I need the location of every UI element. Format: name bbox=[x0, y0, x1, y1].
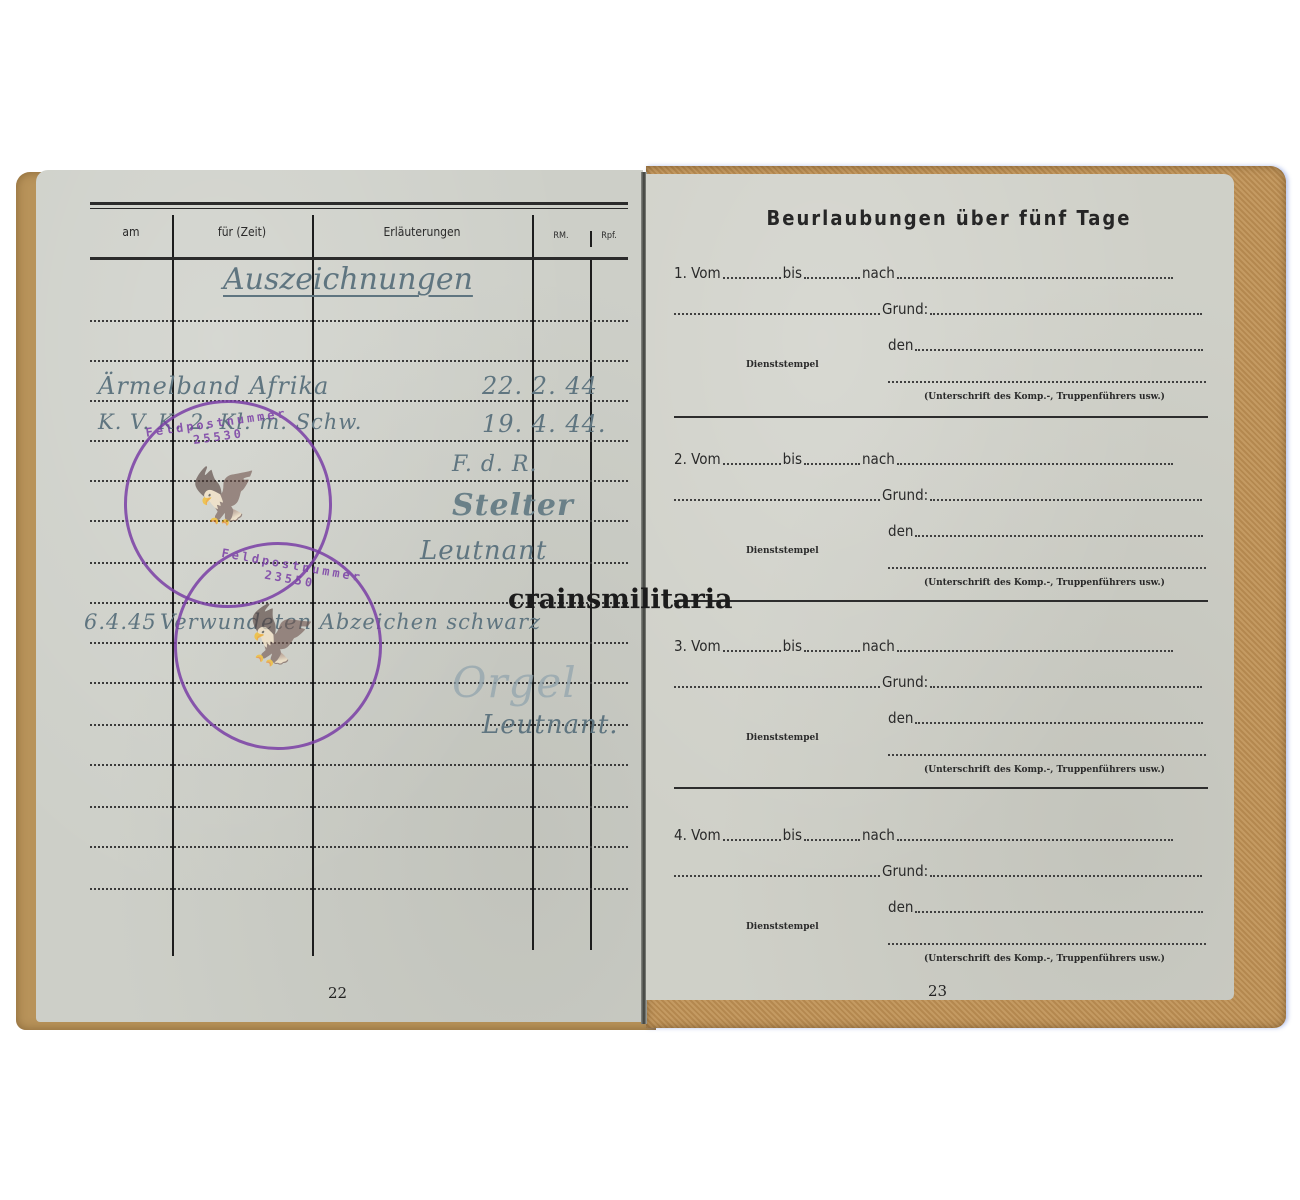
reason-field[interactable] bbox=[930, 497, 1202, 501]
to-date-field[interactable] bbox=[804, 275, 860, 279]
page-number-right: 23 bbox=[928, 982, 947, 1000]
destination-field[interactable] bbox=[897, 837, 1173, 841]
date-field[interactable] bbox=[915, 720, 1203, 724]
signature-caption: (Unterschrift des Komp.-, Truppenführers… bbox=[924, 578, 1165, 588]
handwritten-signature: Orgel bbox=[452, 658, 577, 707]
extra-field[interactable] bbox=[674, 311, 880, 315]
ledger-row-line bbox=[90, 846, 628, 848]
from-date-field[interactable] bbox=[723, 461, 781, 465]
stamp-caption: Dienststempel bbox=[746, 733, 819, 743]
to-date-field[interactable] bbox=[804, 837, 860, 841]
ledger-row-line bbox=[90, 360, 628, 362]
handwritten-heading: Auszeichnungen bbox=[223, 262, 473, 297]
signature-field[interactable] bbox=[888, 941, 1206, 945]
signature-caption: (Unterschrift des Komp.-, Truppenführers… bbox=[924, 954, 1165, 964]
ledger-row-line bbox=[90, 764, 628, 766]
col-header-fuer-zeit: für (Zeit) bbox=[172, 225, 312, 239]
page-title: Beurlaubungen über fünf Tage bbox=[724, 206, 1174, 230]
signature-caption: (Unterschrift des Komp.-, Truppenführers… bbox=[924, 765, 1165, 775]
stamp-caption: Dienststempel bbox=[746, 546, 819, 556]
handwritten-date-left: 6.4.45 bbox=[84, 610, 157, 634]
from-date-field[interactable] bbox=[723, 648, 781, 652]
watermark: crainsmilitaria bbox=[508, 584, 733, 615]
handwritten-entry: Ärmelband Afrika bbox=[98, 372, 329, 400]
header-rule-top bbox=[90, 202, 628, 209]
handwritten-fdr: F. d. R. bbox=[452, 452, 537, 477]
handwritten-signature: Stelter bbox=[452, 488, 574, 523]
stamp-caption: Dienststempel bbox=[746, 922, 819, 932]
from-date-field[interactable] bbox=[723, 275, 781, 279]
col-header-rm: RM. bbox=[532, 231, 590, 241]
extra-field[interactable] bbox=[674, 684, 880, 688]
signature-caption: (Unterschrift des Komp.-, Truppenführers… bbox=[924, 392, 1165, 402]
col-header-erlaeuterungen: Erläuterungen bbox=[312, 225, 532, 239]
signature-field[interactable] bbox=[888, 379, 1206, 383]
stamp-caption: Dienststempel bbox=[746, 360, 819, 370]
page-number-left: 22 bbox=[328, 984, 347, 1002]
extra-field[interactable] bbox=[674, 497, 880, 501]
handwritten-date: 19. 4. 44. bbox=[482, 410, 607, 438]
destination-field[interactable] bbox=[897, 461, 1173, 465]
handwritten-rank: Leutnant bbox=[420, 536, 547, 566]
ledger-header: am für (Zeit) Erläuterungen RM. Rpf. bbox=[90, 209, 628, 257]
signature-field[interactable] bbox=[888, 752, 1206, 756]
ledger-table: am für (Zeit) Erläuterungen RM. Rpf. bbox=[90, 202, 628, 956]
stamp-text: Feldpostnummer 23550 bbox=[189, 541, 393, 604]
date-field[interactable] bbox=[915, 347, 1203, 351]
reason-field[interactable] bbox=[930, 311, 1202, 315]
reason-field[interactable] bbox=[930, 684, 1202, 688]
date-field[interactable] bbox=[915, 909, 1203, 913]
eagle-emblem-icon: 🦅 bbox=[188, 463, 265, 528]
ledger-row-line bbox=[90, 806, 628, 808]
destination-field[interactable] bbox=[897, 648, 1173, 652]
reason-field[interactable] bbox=[930, 873, 1202, 877]
col-header-am: am bbox=[90, 225, 172, 239]
right-page: Beurlaubungen über fünf Tage 1. Vom bis … bbox=[646, 174, 1234, 1000]
handwritten-date: 22. 2. 44 bbox=[482, 372, 598, 400]
signature-field[interactable] bbox=[888, 565, 1206, 569]
destination-field[interactable] bbox=[897, 275, 1173, 279]
extra-field[interactable] bbox=[674, 873, 880, 877]
ledger-row-line bbox=[90, 400, 628, 402]
date-field[interactable] bbox=[915, 533, 1203, 537]
to-date-field[interactable] bbox=[804, 648, 860, 652]
from-date-field[interactable] bbox=[723, 837, 781, 841]
handwritten-rank: Leutnant. bbox=[482, 710, 619, 740]
to-date-field[interactable] bbox=[804, 461, 860, 465]
col-header-rpf: Rpf. bbox=[590, 231, 628, 241]
ledger-row-line bbox=[90, 888, 628, 890]
ledger-row-line bbox=[90, 320, 628, 322]
eagle-emblem-icon: 🦅 bbox=[240, 604, 318, 671]
